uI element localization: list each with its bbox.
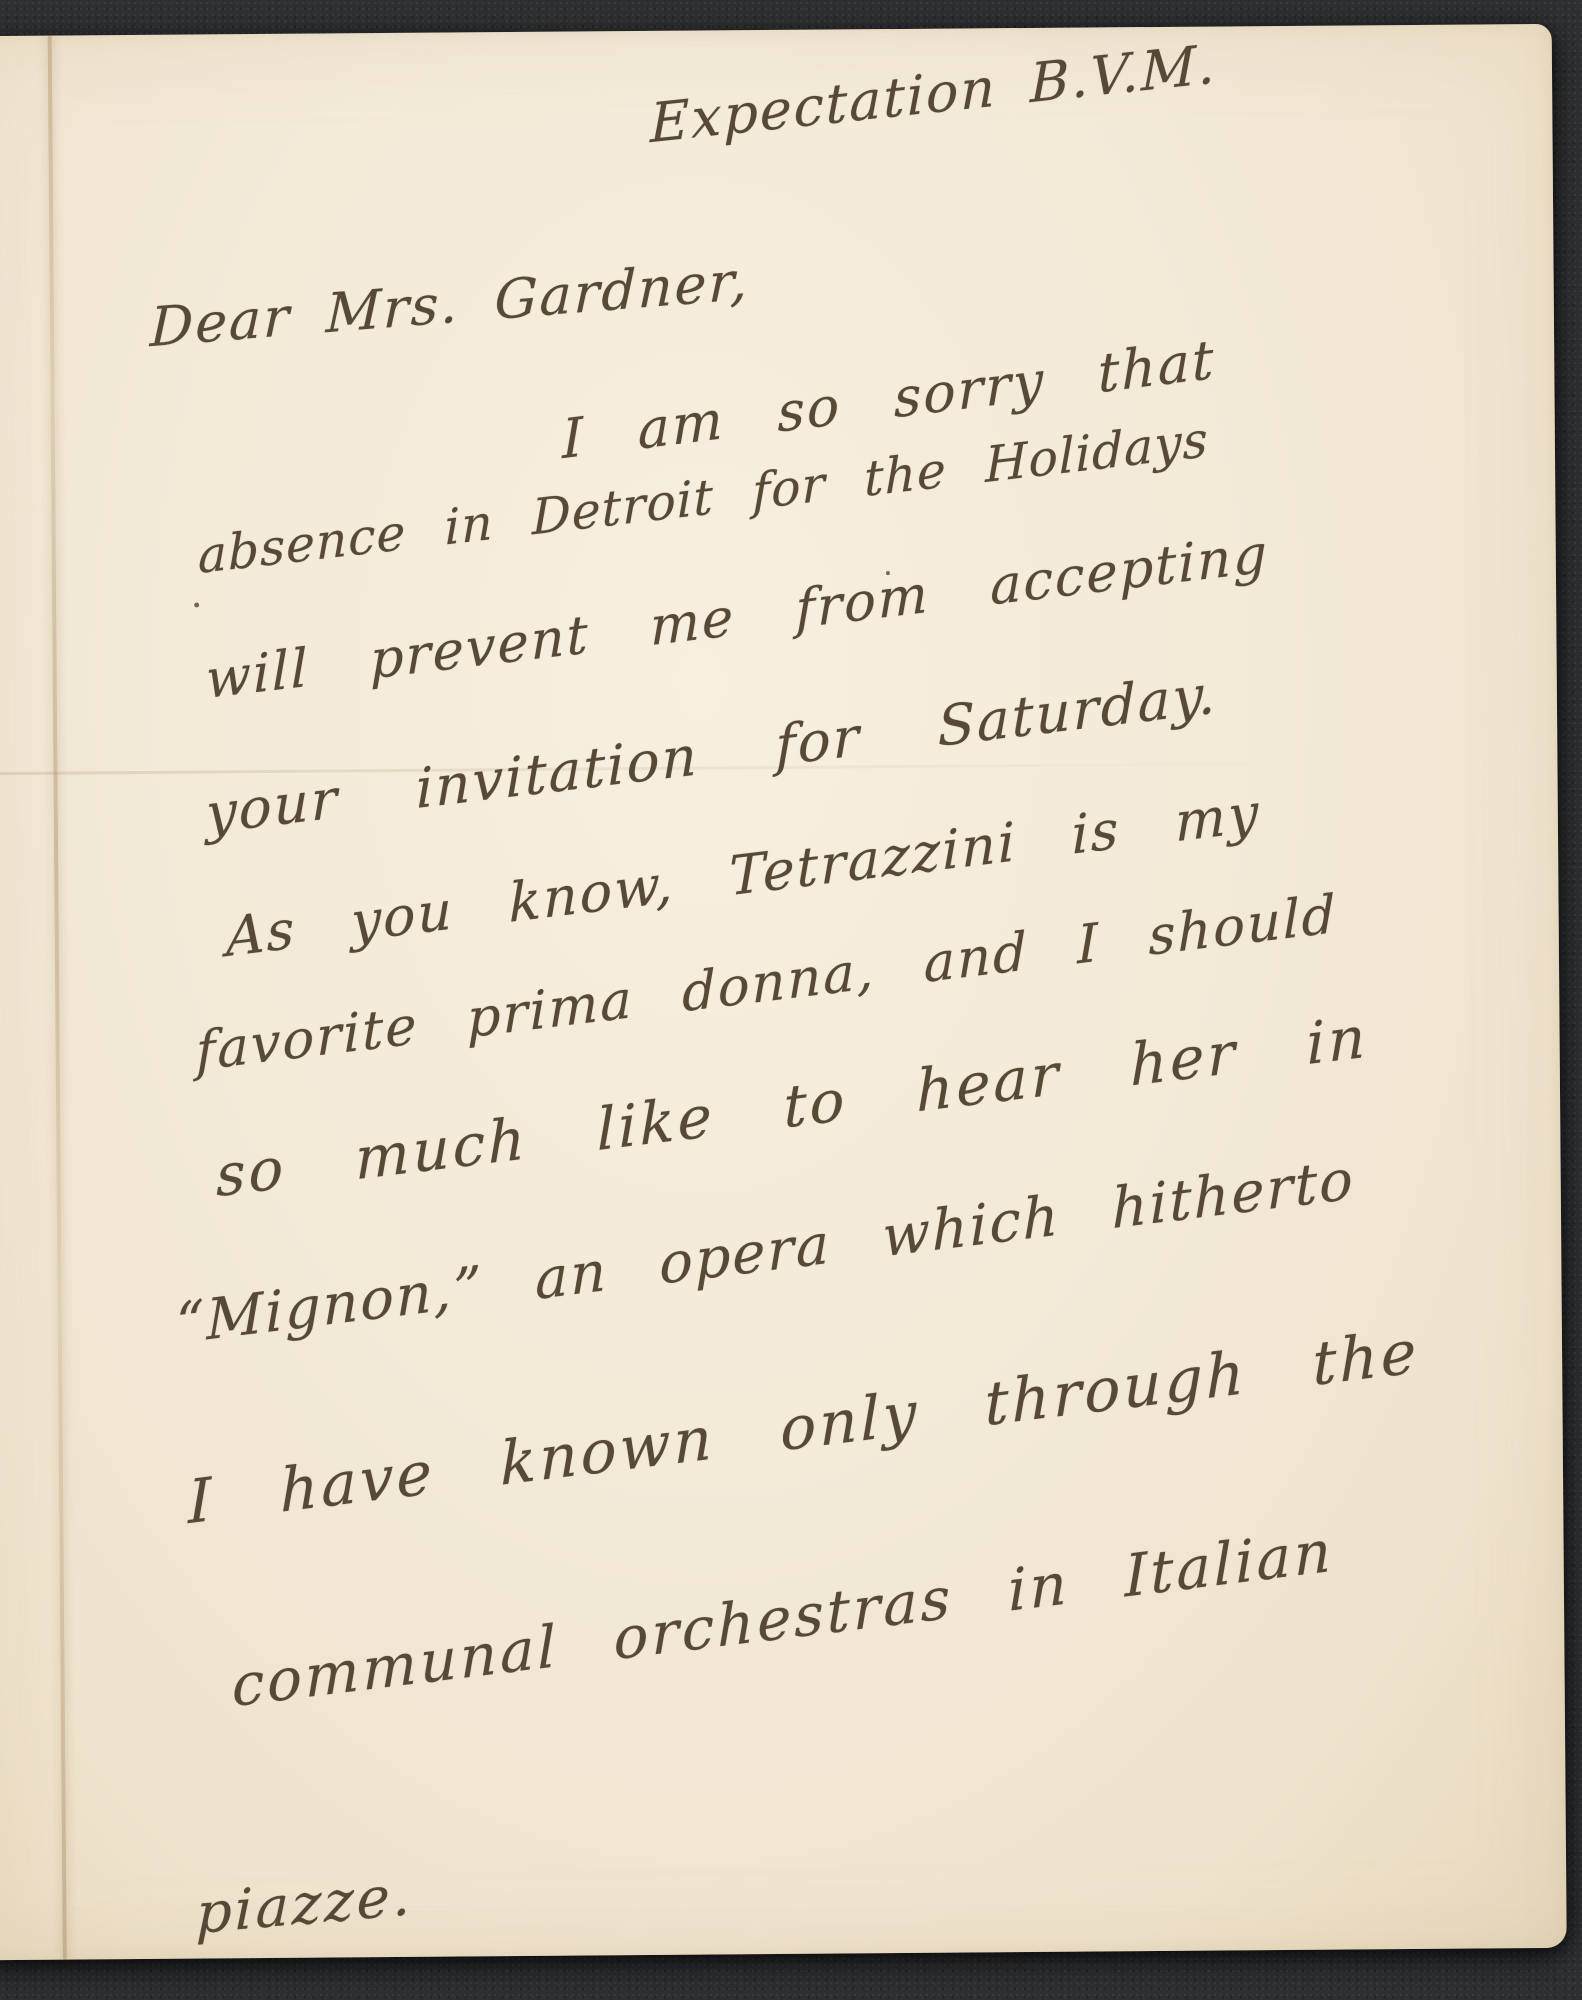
handwritten-line: I have known only through the	[187, 1317, 1419, 1539]
dateline: Expectation B.V.M.	[650, 32, 1217, 155]
handwriting-layer: Expectation B.V.M. Dear Mrs. Gardner, I …	[0, 0, 1582, 2000]
salutation: Dear Mrs. Gardner,	[149, 249, 750, 359]
handwritten-line: piazze.	[196, 1863, 414, 1947]
handwritten-line: communal orchestras in Italian	[231, 1516, 1334, 1720]
scanned-letter-photo: Expectation B.V.M. Dear Mrs. Gardner, I …	[0, 0, 1582, 2000]
